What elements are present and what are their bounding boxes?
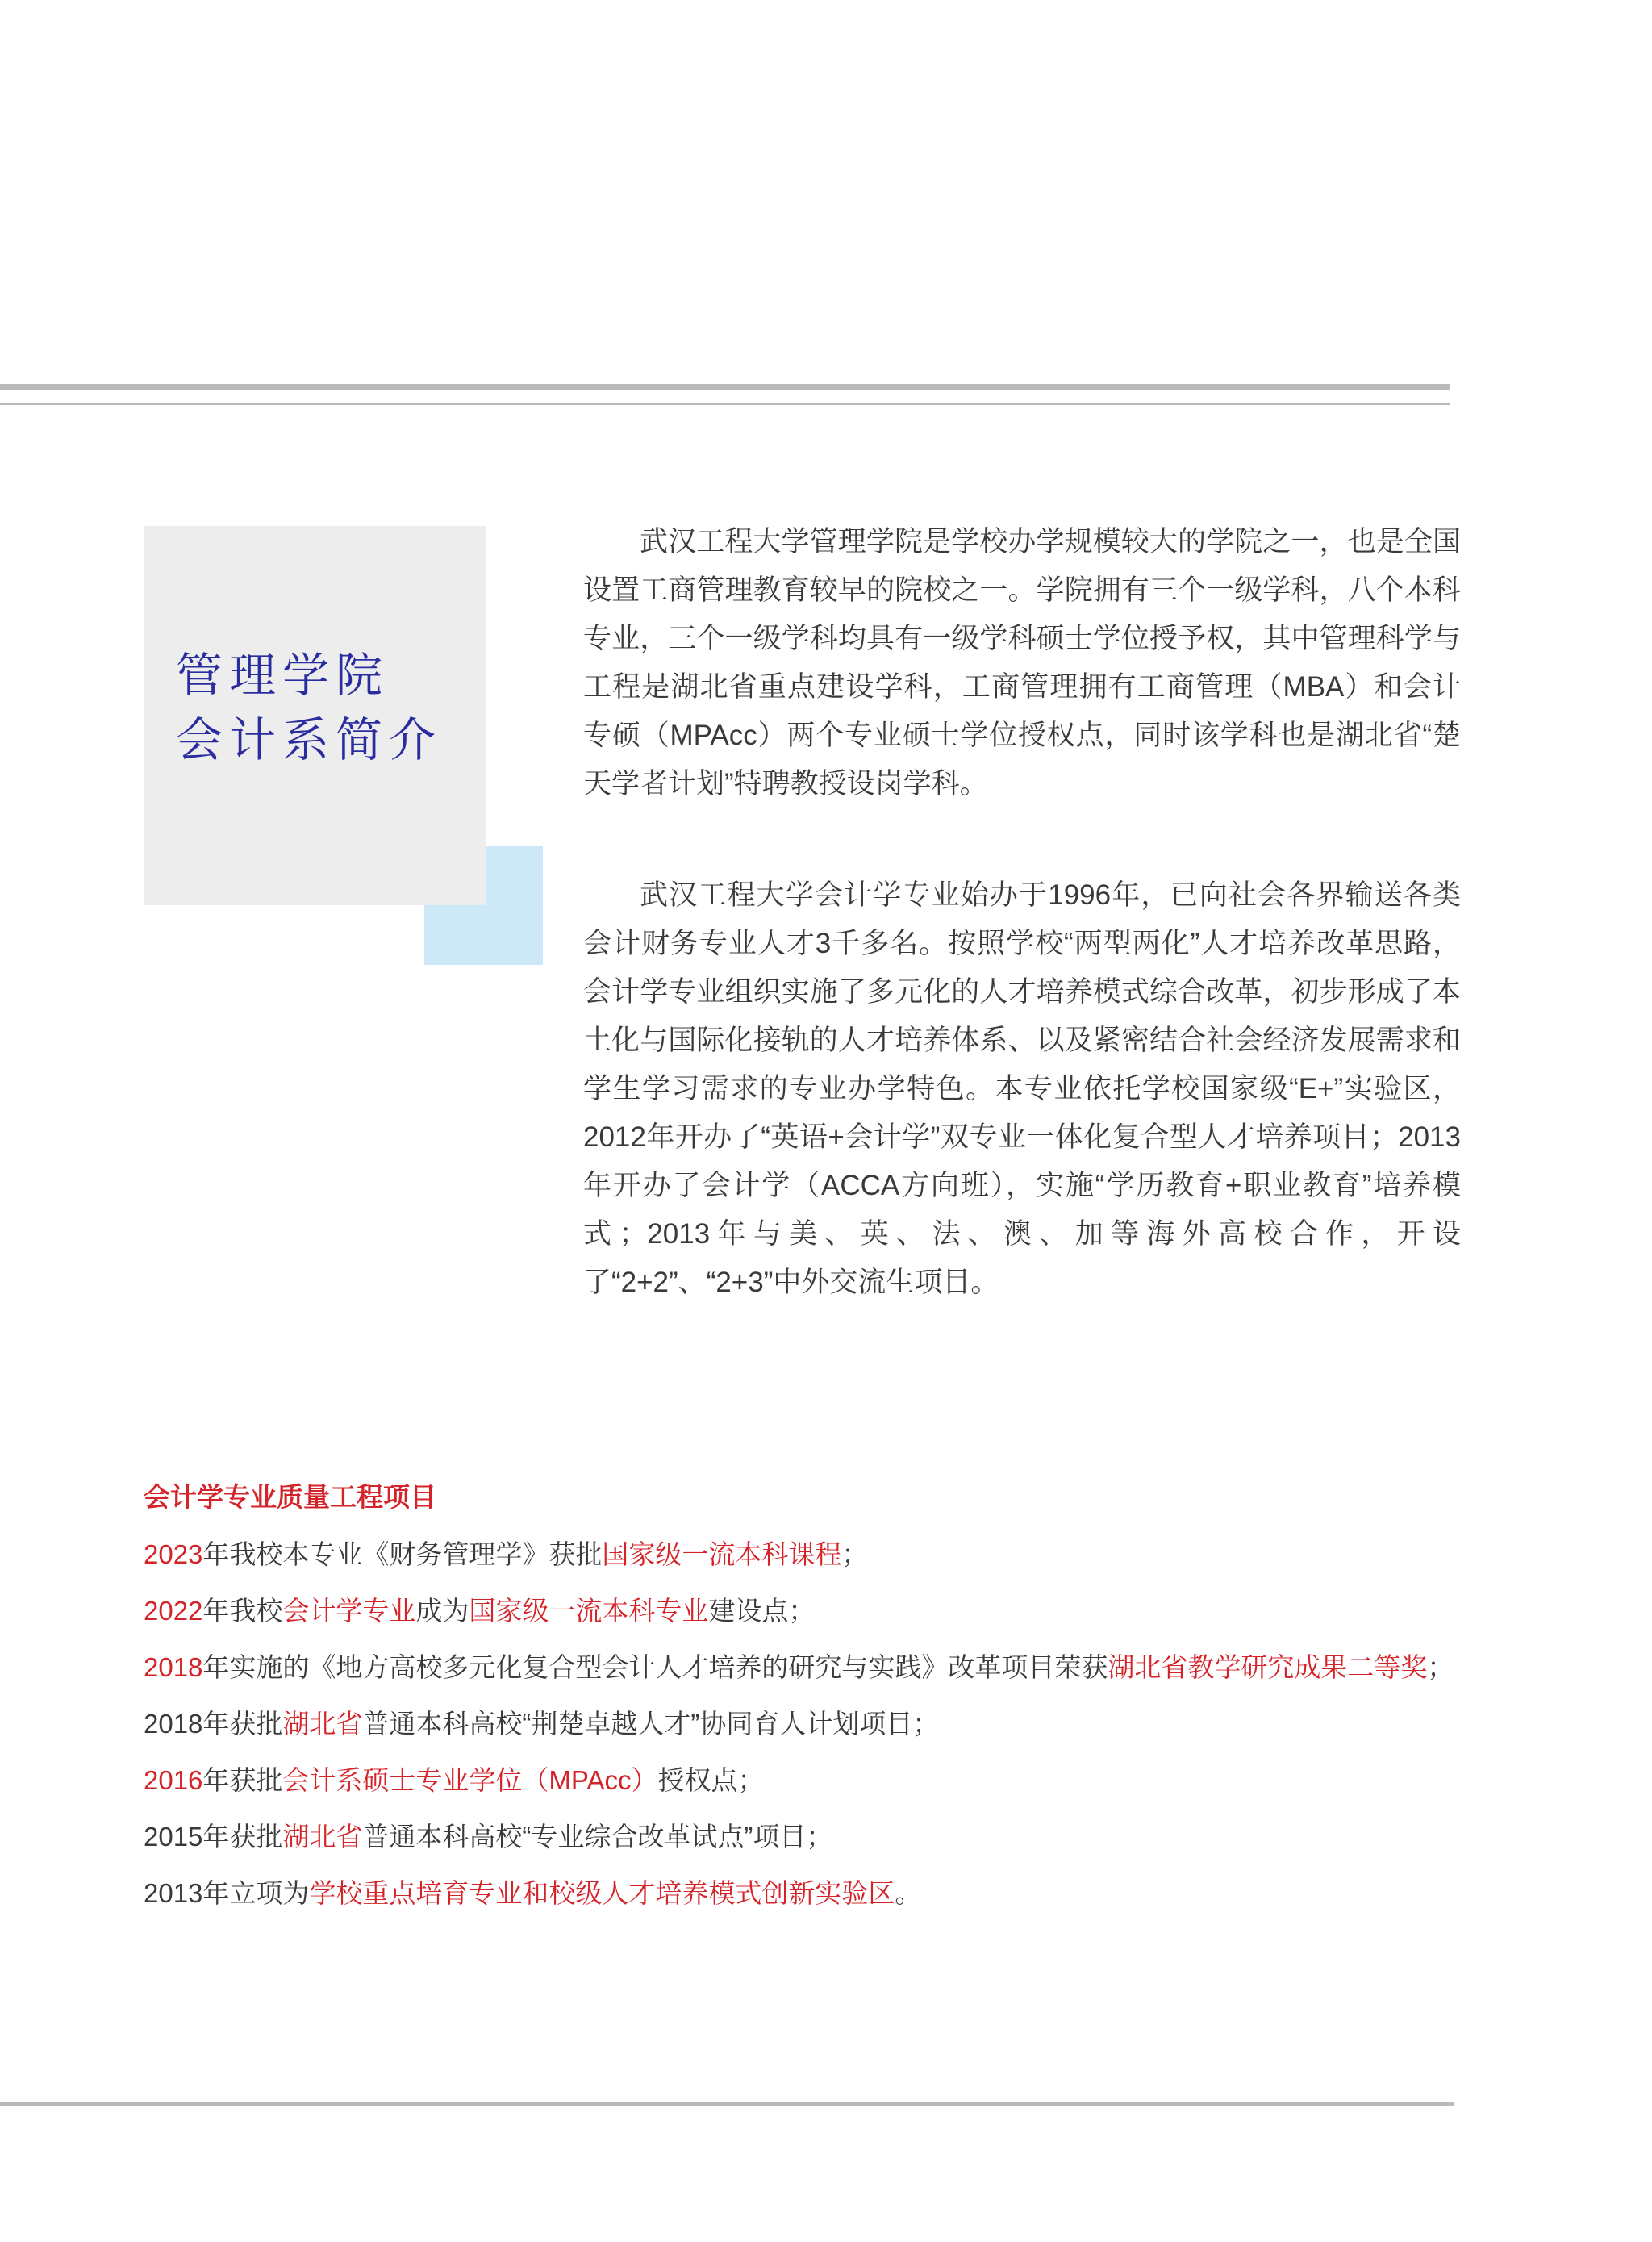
text-segment-red: 湖北省 <box>282 1822 362 1852</box>
text-segment-red: 国家级一流本科课程 <box>602 1539 841 1569</box>
text-segment-dark: 建设点； <box>708 1596 815 1626</box>
text-segment-red: 湖北省 <box>282 1709 362 1739</box>
text-segment-dark: 2015年获批 <box>144 1822 282 1852</box>
top-rule-thick <box>0 384 1450 390</box>
text-segment-red: 会计学专业 <box>282 1596 415 1626</box>
intro-section: 武汉工程大学管理学院是学校办学规模较大的学院之一，也是全国设置工商管理教育较早的… <box>583 518 1461 1307</box>
achievements-list: 2023年我校本专业《财务管理学》获批国家级一流本科课程；2022年我校会计学专… <box>144 1526 1483 1922</box>
text-segment-red: 学校重点培育专业和校级人才培养模式创新实验区 <box>309 1878 895 1908</box>
text-segment-dark: 授权点； <box>657 1765 764 1795</box>
text-segment-dark: ； <box>841 1539 868 1569</box>
page-title-line2: 会计系简介 <box>176 708 442 773</box>
text-segment-red: 国家级一流本科专业 <box>469 1596 708 1626</box>
text-segment-dark: 普通本科高校“专业综合改革试点”项目； <box>362 1822 832 1852</box>
top-rule-thin <box>0 403 1450 405</box>
achievements-heading: 会计学专业质量工程项目 <box>144 1481 1483 1513</box>
text-segment-red: 2016 <box>144 1765 202 1795</box>
text-segment-dark: 年我校 <box>202 1596 282 1626</box>
achievement-item: 2013年立项为学校重点培育专业和校级人才培养模式创新实验区。 <box>144 1865 1483 1922</box>
text-segment-dark: 年获批 <box>202 1765 282 1795</box>
text-segment-red: 2022 <box>144 1596 202 1626</box>
page-title-line1: 管理学院 <box>176 644 442 708</box>
text-segment-dark: 年我校本专业《财务管理学》获批 <box>202 1539 602 1569</box>
achievement-item: 2018年获批湖北省普通本科高校“荆楚卓越人才”协同育人计划项目； <box>144 1696 1483 1752</box>
achievements-section: 会计学专业质量工程项目 2023年我校本专业《财务管理学》获批国家级一流本科课程… <box>144 1481 1483 1922</box>
text-segment-red: 会计系硕士专业学位（MPAcc） <box>282 1765 657 1795</box>
achievement-item: 2015年获批湖北省普通本科高校“专业综合改革试点”项目； <box>144 1809 1483 1865</box>
achievement-item: 2016年获批会计系硕士专业学位（MPAcc）授权点； <box>144 1752 1483 1809</box>
text-segment-dark: 成为 <box>415 1596 469 1626</box>
text-segment-dark: 2018年获批 <box>144 1709 282 1739</box>
text-segment-dark: 2013年立项为 <box>144 1878 309 1908</box>
brochure-page: { "colors": { "accent_blue": "#2a2da0", … <box>0 0 1652 2242</box>
achievement-item: 2018年实施的《地方高校多元化复合型会计人才培养的研究与实践》改革项目荣获湖北… <box>144 1639 1483 1696</box>
text-segment-dark: 年实施的《地方高校多元化复合型会计人才培养的研究与实践》改革项目荣获 <box>202 1652 1108 1682</box>
intro-paragraph-2: 武汉工程大学会计学专业始办于1996年，已向社会各界输送各类会计财务专业人才3千… <box>583 871 1461 1307</box>
text-segment-dark: 。 <box>895 1878 921 1908</box>
page-title: 管理学院 会计系简介 <box>176 644 442 773</box>
text-segment-dark: 普通本科高校“荆楚卓越人才”协同育人计划项目； <box>362 1709 939 1739</box>
bottom-rule <box>0 2102 1454 2106</box>
achievement-item: 2023年我校本专业《财务管理学》获批国家级一流本科课程； <box>144 1526 1483 1583</box>
achievement-item: 2022年我校会计学专业成为国家级一流本科专业建设点； <box>144 1583 1483 1639</box>
intro-paragraph-1: 武汉工程大学管理学院是学校办学规模较大的学院之一，也是全国设置工商管理教育较早的… <box>583 518 1461 808</box>
text-segment-dark: ； <box>1427 1652 1454 1682</box>
text-segment-red: 湖北省教学研究成果二等奖 <box>1108 1652 1427 1682</box>
text-segment-red: 2023 <box>144 1539 202 1569</box>
text-segment-red: 2018 <box>144 1652 202 1682</box>
